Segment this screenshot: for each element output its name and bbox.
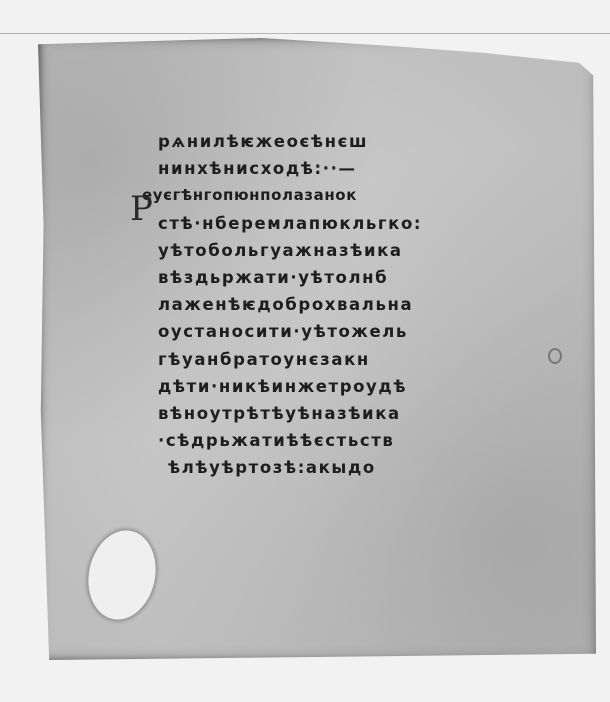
text-line: вѣноутрѣтѣуѣназѣика — [128, 400, 468, 427]
initial-letter: Р — [130, 192, 153, 226]
scan-edge-line — [0, 33, 610, 34]
text-line: ·сѣдрьжатиѣѣєстьств — [128, 427, 468, 454]
text-line: вѣздьржати·уѣтолнб — [128, 264, 468, 291]
manuscript-text: Р рѧнилѣѥжеоєѣнєш нинхѣнисходѣ:··— еуєгѣ… — [128, 128, 468, 481]
text-line: еуєгѣнгопюнполазанок — [128, 182, 468, 209]
text-line: нинхѣнисходѣ:··— — [128, 155, 468, 182]
text-line: стѣ·нберемлапюкльгко: — [128, 210, 468, 237]
text-line: оустаносити·уѣтожель — [128, 318, 468, 345]
text-line: уѣтобольгуажназѣика — [128, 237, 468, 264]
text-line: дѣти·никѣинжетроудѣ — [128, 373, 468, 400]
text-line: лаженѣѥдоброхвальна — [128, 291, 468, 318]
stain-mark — [548, 348, 562, 364]
text-line: ѣлѣуѣртозѣ:акыдо — [128, 454, 468, 481]
text-line: гѣуанбратоунєзакн — [128, 346, 468, 373]
text-line: рѧнилѣѥжеоєѣнєш — [128, 128, 468, 155]
